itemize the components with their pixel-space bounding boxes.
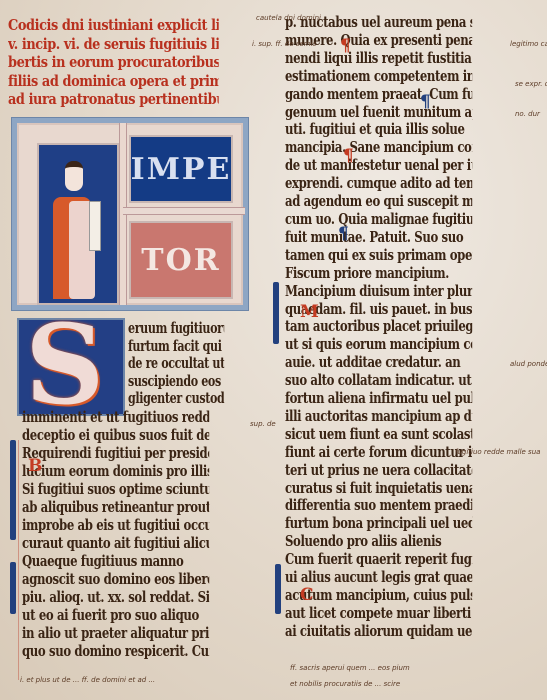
bottom-gloss: et nobilis procuratiis de ... scire [290,680,400,689]
text-line: furtum bona principali uel uedit [285,515,472,533]
text-line: Mancipium diuisum inter plures [285,283,472,301]
text-line: fortun aliena infirmatu uel pul ut [285,390,472,408]
text-line: fiunt ai certe forum dicuntur ieronimi [285,444,472,462]
text-line: uti. fugitiui et quia illis solue [285,121,472,139]
marginal-gloss: no. dur [515,110,540,119]
initial-letter: S [25,310,104,420]
scroll-icon [89,201,101,251]
red-capital-c: C [300,585,314,605]
text-line: Soluendo pro aliis alienis [285,533,472,551]
text-line: aut licet compete muar liberti [285,605,472,623]
text-line: fuit munitae. Patuit. Suo suo [285,229,472,247]
text-line: tamen qui ex suis primam operam [285,247,472,265]
text-line: sicut uem fiunt ea sunt scolastica [285,426,472,444]
text-line: Fiscum priore mancipium. [285,265,472,283]
text-line: ai ciuitatis aliorum quidam uel [285,623,472,641]
text-line: ab aliquibus retineantur prout [22,498,209,516]
blue-paragraph-bar [10,562,16,614]
word-imper-panel: IMPE [129,135,233,203]
text-line: genuum uel fuenit munitum ap. [285,104,472,122]
text-line: suscipiendo eos ne [128,373,224,391]
text-line: Quaeque fugitiuus manno [22,552,209,570]
text-line: suo alto collatam indicatur. ut [285,372,472,390]
text-line: furtum facit qui eos [128,338,224,356]
rubric-heading: Codicis dni iustiniani explicit lib v. i… [8,16,253,109]
text-line: nendi liqui illis repetit fustitia [285,50,472,68]
text-line: auie. ut additae credatur. an [285,354,472,372]
text-line: estimationem competentem indiget sub [285,68,472,86]
text-line: curatus si fuit inquietatis uenatori [285,480,472,498]
red-paragraph-mark: ¶ [343,146,354,166]
text-line: de re occultat ut [128,355,224,373]
heading-line: v. incip. vi. de seruis fugitiuis li [8,35,219,54]
right-column-body: p. nuctabus uel aureum pena ssi munere. … [285,14,525,641]
bottom-gloss: i. et plus ut de ... ff. de domini et ad… [20,676,155,685]
text-line: lucium eorum dominis pro illis officij e… [22,462,209,480]
red-capital-b: B [28,456,42,476]
blue-paragraph-bar [275,564,281,614]
text-line: teri ut prius ne uera collacitate est [285,462,472,480]
red-capital-m: M [300,302,319,322]
red-paragraph-mark: ¶ [340,36,351,56]
heading-line: Codicis dni iustiniani explicit lib [8,16,219,35]
marginal-gloss: i. sup. ff. de semis [252,40,316,49]
marginal-gloss: legitimo cantari [510,40,547,49]
manuscript-page: Codicis dni iustiniani explicit lib v. i… [0,0,547,700]
text-line: Si fugitiui suos optime sciuntur [22,480,209,498]
text-line: gando mentem praeat. Cum fugit in [285,86,472,104]
text-line: cum uo. Quia malignae fugitiuo scire [285,211,472,229]
left-column-beside-initial: eruum fugitiuorum furtum facit qui eos d… [128,320,258,408]
marginal-gloss: sup. de [250,420,276,429]
marginal-gloss: se expr. de his [515,80,547,89]
blue-paragraph-mark: ¶ [338,224,349,244]
text-line: imminenti et ut fugitiuos redd [22,408,209,426]
marginal-gloss: alud ponderis [510,360,547,369]
text-line: quo suo domino respicerit. Cum idem [22,642,209,660]
text-line: de ut manifestetur uenal per iudic [285,157,472,175]
emperor-head-icon [65,161,83,191]
text-line: ad agendum eo qui suscepit minorem [285,193,472,211]
heading-line: ad iura patronatus pertinentibus [8,90,219,109]
text-line: ut si quis eorum mancipium collitur [285,336,472,354]
blue-paragraph-mark: ¶ [420,92,431,112]
illuminated-miniature: IMPE TOR [12,118,248,310]
text-line: Requirendi fugitiui per presides [22,444,209,462]
emperor-figure-panel [37,143,119,305]
text-line: agnoscit suo domino eos liberet ai [22,570,209,588]
illuminated-initial-s: S [17,318,125,416]
text-line: mancipia. Sane mancipium contra [285,139,472,157]
text-line: piu. alioq. ut. xx. sol reddat. Si nisi [22,588,209,606]
text-line: curaut quanto ait fugitiui alicuius [22,534,209,552]
text-line: illi auctoritas mancipium ap durit [285,408,472,426]
blue-paragraph-bar [273,282,279,344]
text-line: in alio ut praeter aliquatur primo [22,624,209,642]
text-line: eruum fugitiuorum [128,320,224,338]
heading-line: filiis ad dominica opera et prima [8,72,219,91]
text-line: differentia suo mentem praeditur [285,497,472,515]
frame-divider [123,207,245,215]
text-line: deceptio ei quibus suos fuit depositi. [22,426,209,444]
marginal-gloss: cautela dni domini [256,14,321,23]
heading-line: bertis in eorum procuratoribus et [8,53,219,72]
left-column-body: imminenti et ut fugitiuos redd deceptio … [22,408,262,660]
bottom-gloss: ff. sacris aperui quem ... eos pium [290,664,410,673]
text-line: ut eo ai fuerit pro suo aliquo [22,606,209,624]
text-line: Cum fuerit quaerit reperit fugit [285,551,472,569]
blue-paragraph-bar [10,440,16,540]
ruling-line [18,440,19,680]
text-line: gligenter custodiat [128,390,224,408]
text-line: exprendi. cumque adito ad tempus [285,175,472,193]
text-line: improbe ab eis ut fugitiui occulto [22,516,209,534]
marginal-gloss: fugitiuo redde malle sua [455,448,540,457]
word-ator-panel: TOR [129,221,233,299]
